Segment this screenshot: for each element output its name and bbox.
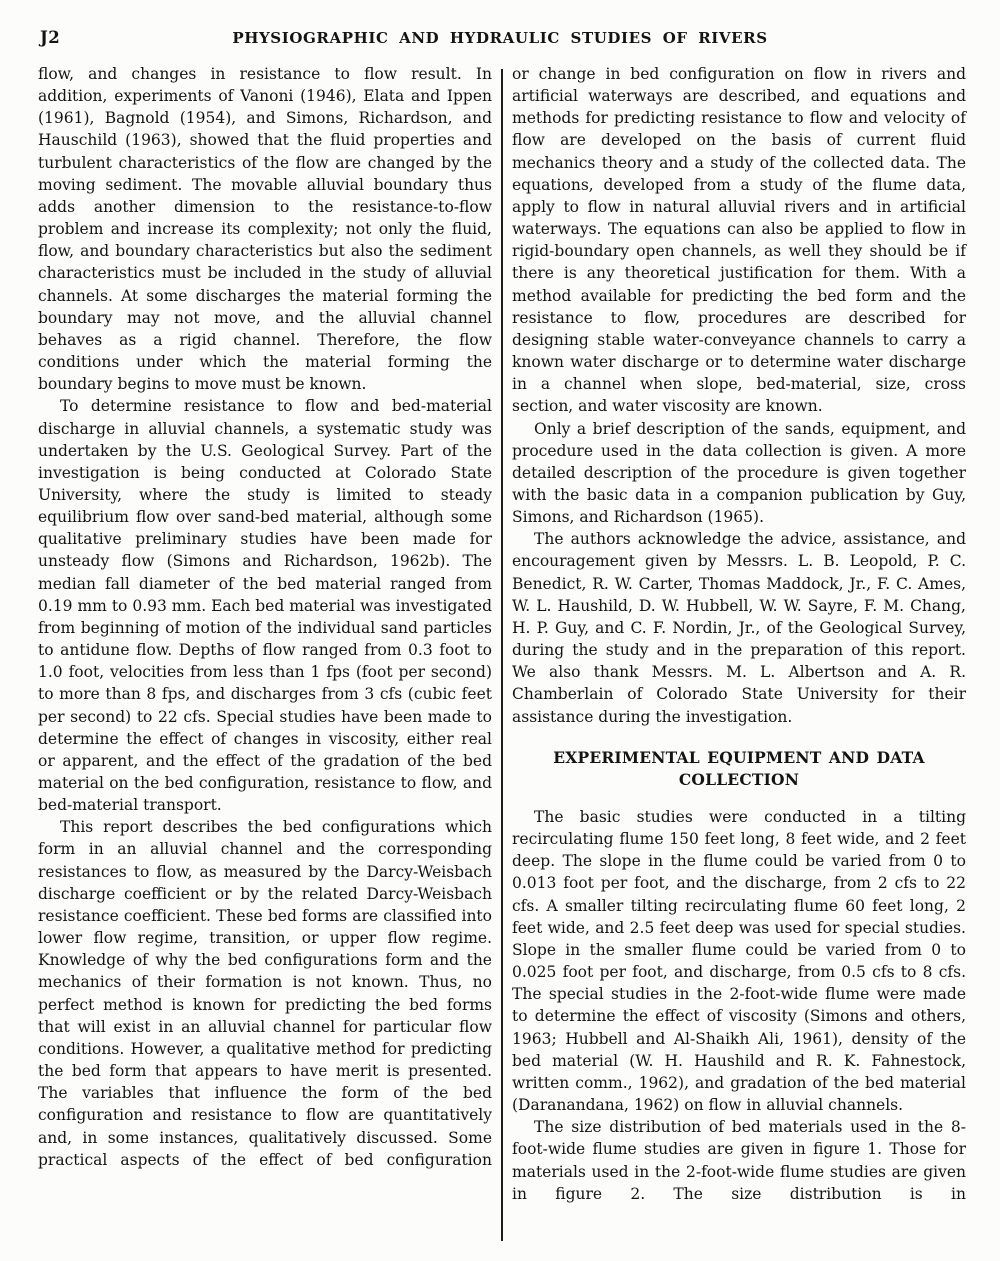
- body-paragraph: This report describes the bed configurat…: [38, 816, 492, 1171]
- scanned-report-page: J2 PHYSIOGRAPHIC AND HYDRAULIC STUDIES O…: [0, 0, 1000, 1261]
- section-heading: EXPERIMENTAL EQUIPMENT AND DATA COLLECTI…: [512, 747, 966, 791]
- body-paragraph: The size distribution of bed materials u…: [512, 1116, 966, 1205]
- body-paragraph: Only a brief description of the sands, e…: [512, 418, 966, 529]
- column-divider-rule: [501, 69, 503, 1241]
- body-paragraph: To determine resistance to flow and bed-…: [38, 395, 492, 816]
- body-paragraph: The authors acknowledge the advice, assi…: [512, 528, 966, 727]
- two-column-body: flow, and changes in resistance to flow …: [38, 63, 967, 1241]
- body-paragraph: The basic studies were conducted in a ti…: [512, 806, 966, 1116]
- running-title: PHYSIOGRAPHIC AND HYDRAULIC STUDIES OF R…: [0, 29, 1000, 47]
- right-column: or change in bed configuration on flow i…: [512, 63, 966, 1205]
- body-paragraph: flow, and changes in resistance to flow …: [38, 63, 492, 395]
- left-column: flow, and changes in resistance to flow …: [38, 63, 492, 1171]
- body-paragraph: or change in bed configuration on flow i…: [512, 63, 966, 418]
